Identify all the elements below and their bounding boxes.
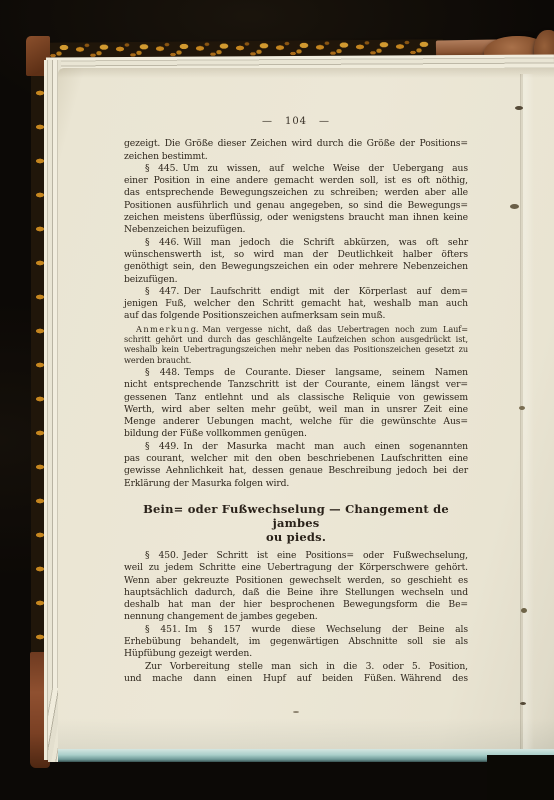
text-line: Wenn aber gekreuzte Positionen gewechsel… — [124, 575, 468, 587]
text-line: gezeigt. Die Größe dieser Zeichen wird d… — [124, 138, 468, 150]
text-line: pas courant, welcher mit den oben beschr… — [124, 453, 468, 465]
text-line: genöthigt sein, den Bewegungszeichen ein… — [124, 261, 468, 273]
text-line: bildung der Füße vollkommen genügen. — [124, 428, 468, 440]
text-line: zeichen meistens überflüssig, oder wenig… — [124, 212, 468, 224]
text-line: nicht entsprechende Tanzschritt ist der … — [124, 379, 468, 391]
section-heading-line: Bein= oder Fußwechselung — Changement de… — [124, 502, 468, 530]
text-line: Positionen ausführlich und genau angegeb… — [124, 200, 468, 212]
text-line: Menge anderer Uebungen macht, welche für… — [124, 416, 468, 428]
background-corner-bottom-right — [487, 755, 554, 800]
text-line: beizufügen. — [124, 274, 468, 286]
text-line: das entsprechende Bewegungszeichen zu sc… — [124, 187, 468, 199]
text-line: auf das folgende Positionszeichen aufmer… — [124, 310, 468, 322]
text-line: Hüpfübung gezeigt werden. — [124, 648, 468, 660]
text-line: § 450. Jeder Schritt ist eine Positions=… — [124, 550, 468, 562]
text-line: Werth, wird aber selten mehr geübt, weil… — [124, 404, 468, 416]
text-line: Nebenzeichen beizufügen. — [124, 224, 468, 236]
text-line: weil zu jedem Schritte eine Uebertragung… — [124, 562, 468, 574]
paragraph: gezeigt. Die Größe dieser Zeichen wird d… — [124, 138, 468, 163]
section-heading: Bein= oder Fußwechselung — Changement de… — [124, 502, 468, 544]
text-line: § 449. In der Masurka macht man auch ein… — [124, 441, 468, 453]
text-line: einer Position in eine andere gemacht we… — [124, 175, 468, 187]
page-number-block: — 104 — — [124, 116, 468, 128]
text-line: deshalb hat man der hier besprochenen Be… — [124, 599, 468, 611]
paper-speck — [515, 106, 523, 110]
annotation-block: A n m e r k u n g. Man vergesse nicht, d… — [124, 324, 468, 365]
page-crease — [520, 74, 554, 754]
text-line: § 448. Temps de Courante. Dieser langsam… — [124, 367, 468, 379]
paper-speck — [519, 406, 525, 410]
text-line: § 447. Der Laufschritt endigt mit der Kö… — [124, 286, 468, 298]
text-line: gewisse Aehnlichkeit hat, dessen genaue … — [124, 465, 468, 477]
paper-speck — [510, 204, 519, 209]
text-line: wünschenswerth ist, so wird man der Deut… — [124, 249, 468, 261]
text-column: — 104 —gezeigt. Die Größe dieser Zeichen… — [124, 116, 468, 685]
text-line: § 445. Um zu wissen, auf welche Weise de… — [124, 163, 468, 175]
text-line: nennung changement de jambes gegeben. — [124, 611, 468, 623]
paragraph: § 445. Um zu wissen, auf welche Weise de… — [124, 163, 468, 237]
paragraph: Zur Vorbereitung stelle man sich in die … — [124, 661, 468, 686]
paragraph: § 450. Jeder Schritt ist eine Positions=… — [124, 550, 468, 624]
page-number: — 104 — — [124, 116, 468, 128]
text-line: hauptsächlich dadurch, daß die Beine ihr… — [124, 587, 468, 599]
paper-speck — [520, 702, 526, 705]
text-line: Erklärung der Masurka folgen wird. — [124, 478, 468, 490]
fore-edge-bottom — [58, 749, 554, 762]
paragraph: § 451. Im § 157 wurde diese Wechselung d… — [124, 624, 468, 661]
paragraph: § 447. Der Laufschritt endigt mit der Kö… — [124, 286, 468, 323]
text-line: Zur Vorbereitung stelle man sich in die … — [124, 661, 468, 673]
text-line: jenigen Fuß, welcher den Schritt gemacht… — [124, 298, 468, 310]
text-line: gessenen Tanz entlehnt und als classisch… — [124, 392, 468, 404]
paragraph: § 448. Temps de Courante. Dieser langsam… — [124, 367, 468, 441]
text-line: weshalb kein Uebertragungszeichen mehr n… — [124, 344, 468, 354]
text-line: zeichen bestimmt. — [124, 151, 468, 163]
paper-speck — [293, 711, 299, 713]
text-line: § 451. Im § 157 wurde diese Wechselung d… — [124, 624, 468, 636]
text-line: Erhebübung behandelt, im gegenwärtigen A… — [124, 636, 468, 648]
text-line: und mache dann einen Hupf auf beiden Füß… — [124, 673, 468, 685]
paragraph: § 449. In der Masurka macht man auch ein… — [124, 441, 468, 490]
section-heading-line: ou pieds. — [124, 530, 468, 544]
text-line: A n m e r k u n g. Man vergesse nicht, d… — [124, 324, 468, 334]
text-line: werden braucht. — [124, 355, 468, 365]
text-line: schritt gehört und durch das geschlängel… — [124, 334, 468, 344]
paragraph: § 446. Will man jedoch die Schrift abkür… — [124, 237, 468, 286]
paper-speck — [521, 608, 527, 613]
text-line: § 446. Will man jedoch die Schrift abkür… — [124, 237, 468, 249]
